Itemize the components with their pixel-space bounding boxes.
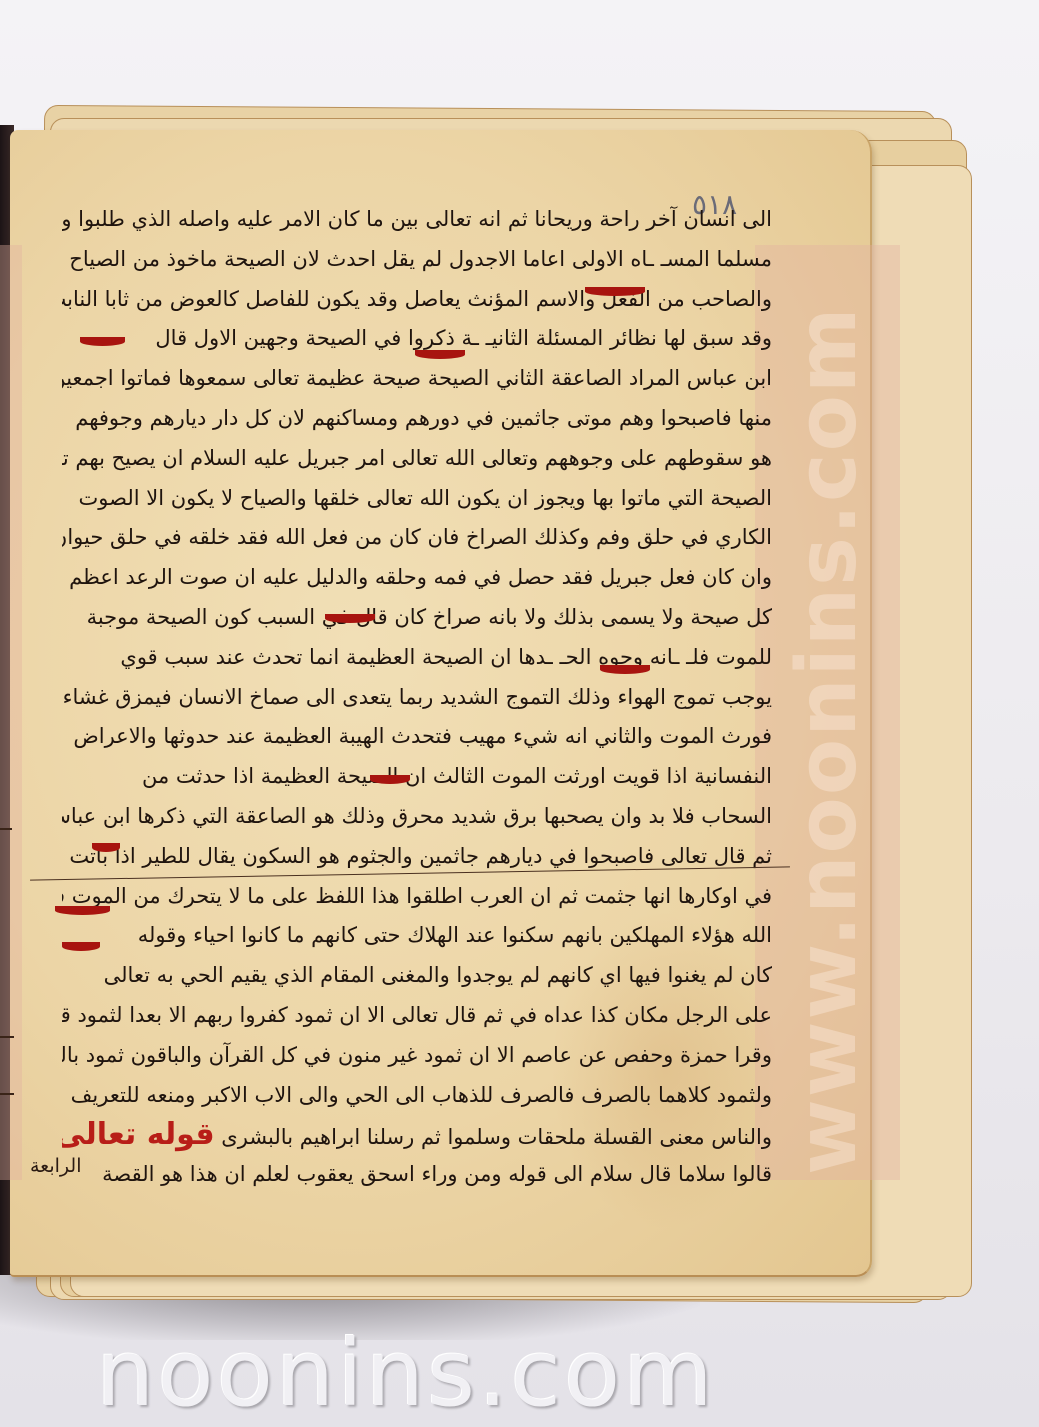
text-line: ابن عباس المراد الصاعقة الثاني الصيحة صي… bbox=[62, 359, 772, 399]
text-line: السحاب فلا بد وان يصحبها برق شديد محرق و… bbox=[62, 797, 772, 837]
rubric-stroke bbox=[62, 942, 100, 951]
catchword: الرابعة bbox=[30, 1155, 81, 1177]
margin-mark bbox=[0, 1036, 14, 1038]
text-line: الى انسان آخر راحة وريحانا ثم انه تعالى … bbox=[62, 200, 772, 240]
text-line: على الرجل مكان كذا عداه في ثم قال تعالى … bbox=[62, 996, 772, 1036]
margin-mark bbox=[0, 828, 12, 830]
text-line: وقرا حمزة وحفص عن عاصم الا ان ثمود غير م… bbox=[62, 1036, 772, 1076]
rubric-stroke bbox=[600, 665, 650, 674]
rubric-stroke bbox=[55, 906, 110, 915]
text-line: والصاحب من الفعل والاسم المؤنث يعاصل وقد… bbox=[62, 280, 772, 320]
text-line: النفسانية اذا قويت اورثت الموت الثالث ان… bbox=[62, 757, 772, 797]
text-line: الكاري في حلق وفم وكذلك الصراخ فان كان م… bbox=[62, 518, 772, 558]
text-line: وان كان فعل جبريل فقد حصل في فمه وحلقه و… bbox=[62, 558, 772, 598]
watermark-band-left bbox=[0, 245, 22, 1180]
rubric-stroke bbox=[370, 775, 410, 784]
rubric-stroke bbox=[415, 350, 465, 359]
text-line: الصيحة التي ماتوا بها ويجوز ان يكون الله… bbox=[62, 479, 772, 519]
rubric-stroke bbox=[80, 337, 125, 346]
text-line: كان لم يغنوا فيها اي كانهم لم يوجدوا وال… bbox=[62, 956, 772, 996]
text-line: ثم قال تعالى فاصبحوا في ديارهم جاثمين وا… bbox=[62, 837, 772, 877]
text-line: يوجب تموج الهواء وذلك التموج الشديد ربما… bbox=[62, 678, 772, 718]
rubric-stroke bbox=[585, 287, 645, 296]
text-line: منها فاصبحوا وهم موتى جاثمين في دورهم وم… bbox=[62, 399, 772, 439]
text-line-part: والناس معنى القسلة ملحقات وسلموا ثم رسلن… bbox=[221, 1125, 772, 1149]
text-line: كل صيحة ولا يسمى بذلك ولا بانه صراخ كان … bbox=[62, 598, 772, 638]
text-line: قالوا سلاما قال سلام الى قوله ومن وراء ا… bbox=[62, 1155, 772, 1195]
text-line: للموت فلـ ـانه وجوه الحـ ـدها ان الصيحة … bbox=[62, 638, 772, 678]
text-line: مسلما المسـ ـاه الاولى اعاما الاجدول لم … bbox=[62, 240, 772, 280]
text-line: فورث الموت والثاني انه شيء مهيب فتحدث ال… bbox=[62, 717, 772, 757]
text-line: ولثمود كلاهما بالصرف فالصرف للذهاب الى ا… bbox=[62, 1076, 772, 1116]
text-line: والناس معنى القسلة ملحقات وسلموا ثم رسلن… bbox=[62, 1115, 772, 1155]
rubric-heading: قوله تعالى bbox=[62, 1117, 215, 1152]
margin-mark bbox=[0, 1093, 14, 1095]
text-line: في اوكارها انها جثمت ثم ان العرب اطلقوا … bbox=[62, 877, 772, 917]
vertical-watermark: www.noonins.com bbox=[780, 245, 875, 1175]
text-line: هو سقوطهم على وجوههم وتعالى الله تعالى ا… bbox=[62, 439, 772, 479]
site-watermark: noonins.com bbox=[96, 1320, 716, 1427]
rubric-stroke bbox=[92, 843, 120, 852]
rubric-stroke bbox=[325, 614, 375, 623]
text-line: الله هؤلاء المهلكين بانهم سكنوا عند الهل… bbox=[62, 916, 772, 956]
